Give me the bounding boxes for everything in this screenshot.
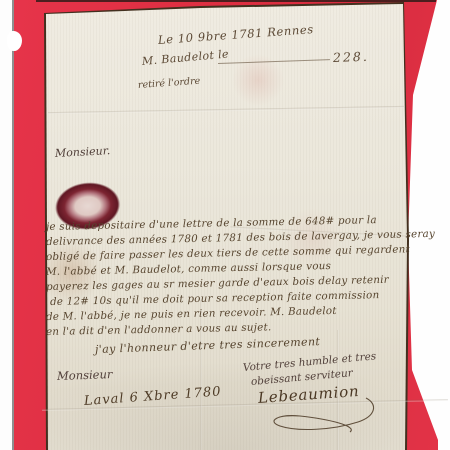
photo-edge-rule [12,0,14,450]
photo-top-edge [36,0,436,2]
closing-address: Monsieur [57,367,113,383]
photo-left-margin [0,0,12,450]
signature-flourish [238,396,398,438]
letter-photo: Le 10 9bre 1781 Rennes 228. M. Baudelot … [0,0,450,450]
folio-number: 228. [333,49,369,65]
